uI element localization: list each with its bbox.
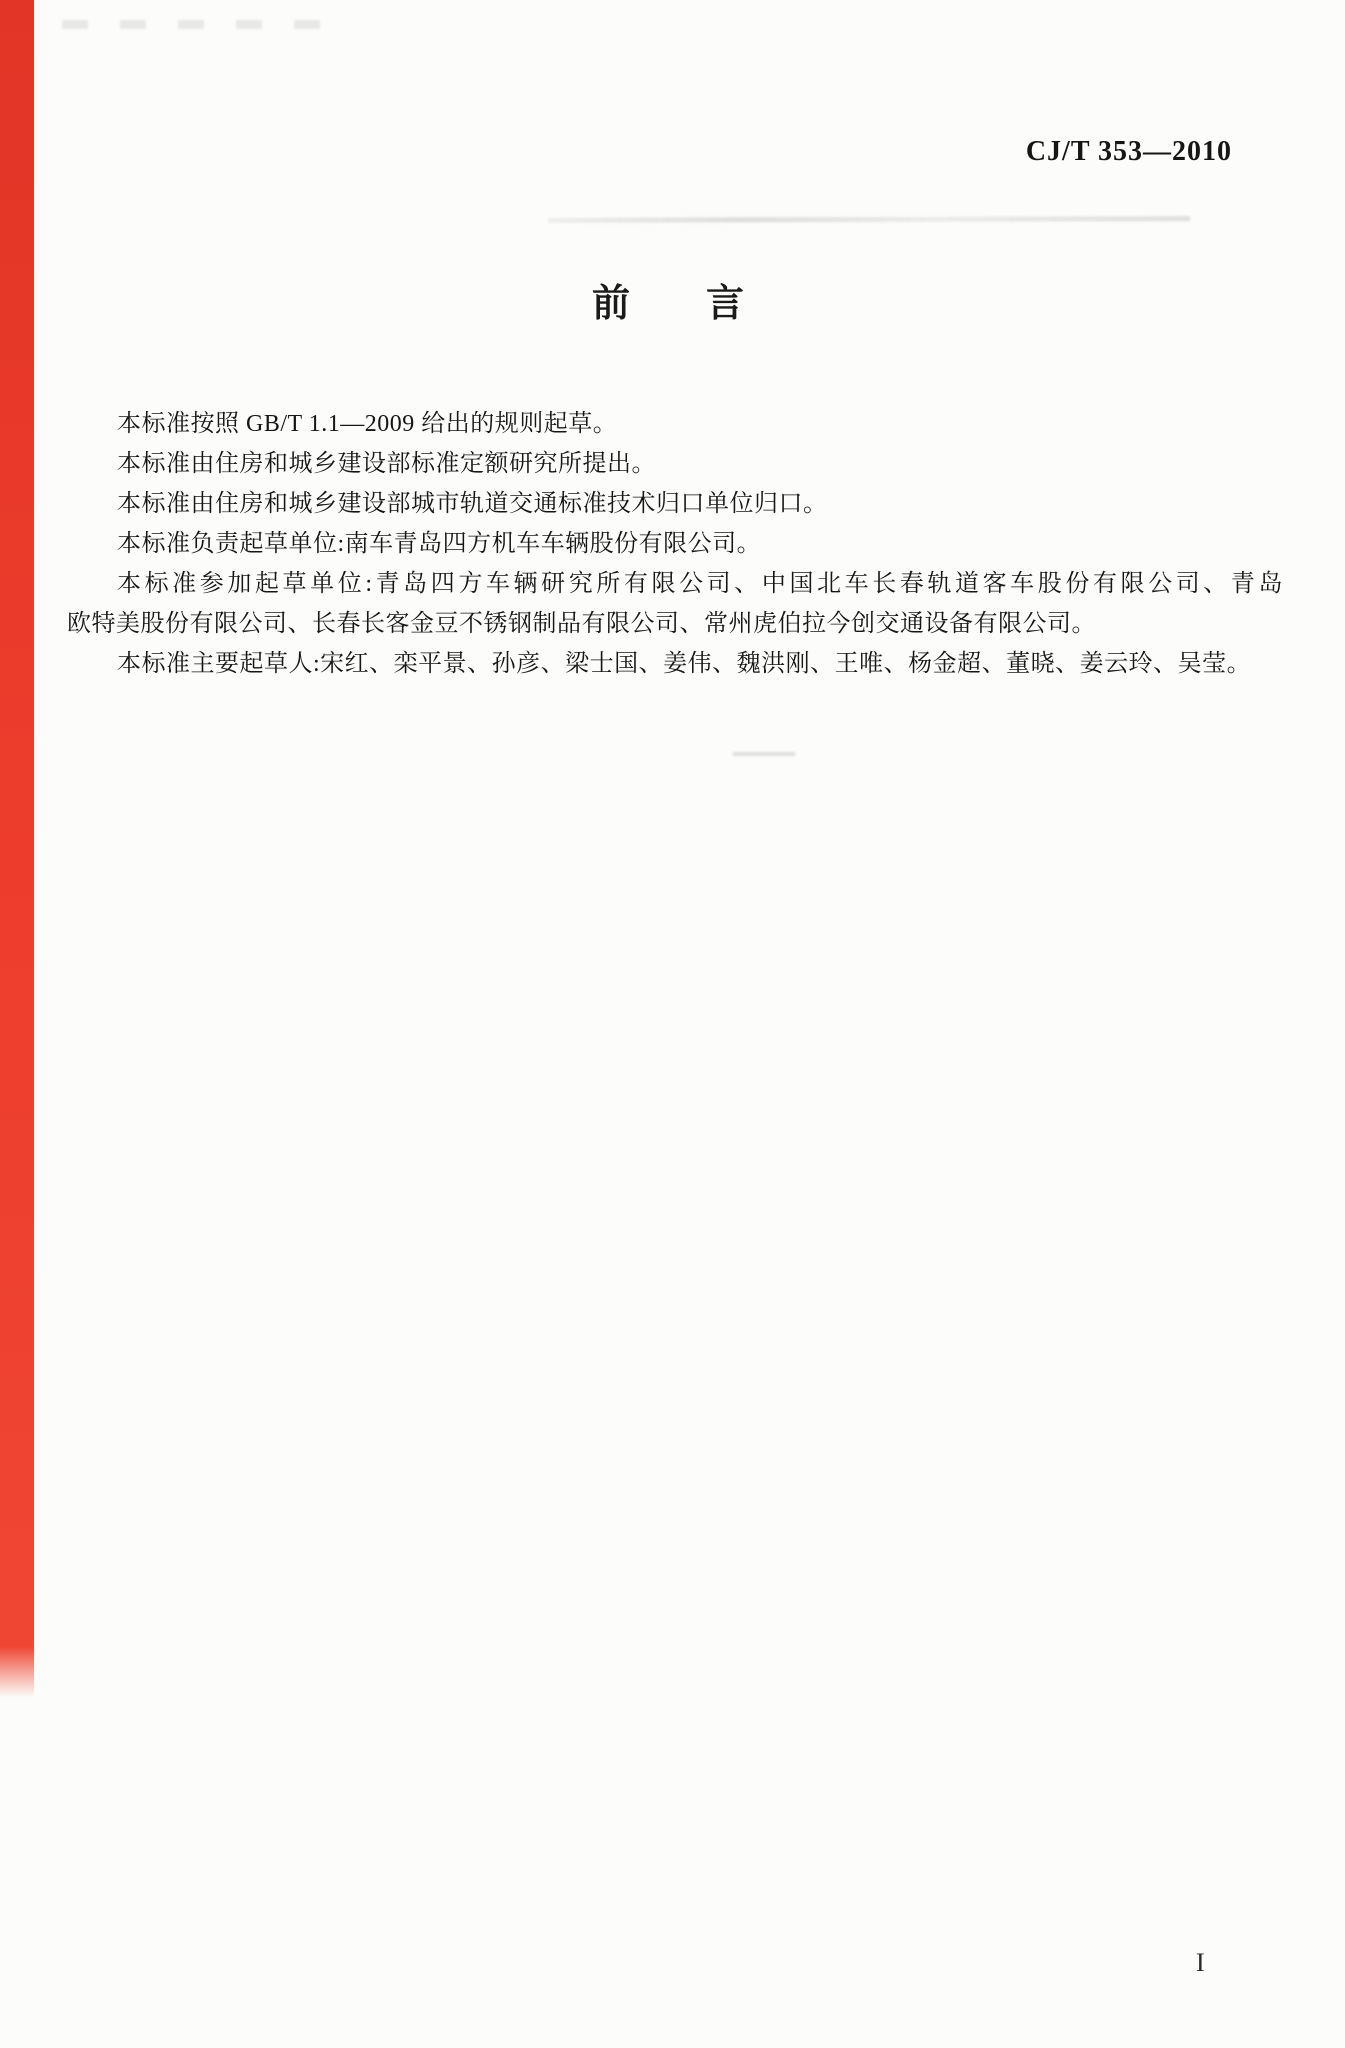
- page-number: I: [1196, 1948, 1205, 1978]
- document-page: CJ/T 353—2010 前 言 本标准按照 GB/T 1.1—2009 给出…: [0, 0, 1345, 2048]
- foreword-line-centralized-unit: 本标准由住房和城乡建设部城市轨道交通标准技术归口单位归口。: [67, 484, 1283, 524]
- foreword-line-drafters: 本标准主要起草人:宋红、栾平景、孙彦、梁士国、姜伟、魏洪刚、王唯、杨金超、董晓、…: [67, 644, 1283, 684]
- standard-code: CJ/T 353—2010: [1026, 136, 1232, 168]
- foreword-line-participating-orgs-2: 欧特美股份有限公司、长春长客金豆不锈钢制品有限公司、常州虎伯拉今创交通设备有限公…: [67, 604, 1283, 644]
- foreword-line-basis: 本标准按照 GB/T 1.1—2009 给出的规则起草。: [67, 404, 1283, 444]
- foreword-line-proposer: 本标准由住房和城乡建设部标准定额研究所提出。: [67, 444, 1283, 484]
- foreword-body: 本标准按照 GB/T 1.1—2009 给出的规则起草。 本标准由住房和城乡建设…: [67, 404, 1283, 684]
- scan-smudge-mid: [733, 752, 795, 756]
- scan-red-spine-strip: [0, 0, 34, 1697]
- page-title-foreword: 前 言: [0, 272, 1336, 327]
- scan-smudge-under-header: [548, 216, 1190, 223]
- foreword-line-chief-drafting-org: 本标准负责起草单位:南车青岛四方机车车辆股份有限公司。: [67, 524, 1283, 564]
- scan-smudge-top: [62, 20, 347, 29]
- foreword-line-participating-orgs-1: 本标准参加起草单位:青岛四方车辆研究所有限公司、中国北车长春轨道客车股份有限公司…: [67, 564, 1283, 604]
